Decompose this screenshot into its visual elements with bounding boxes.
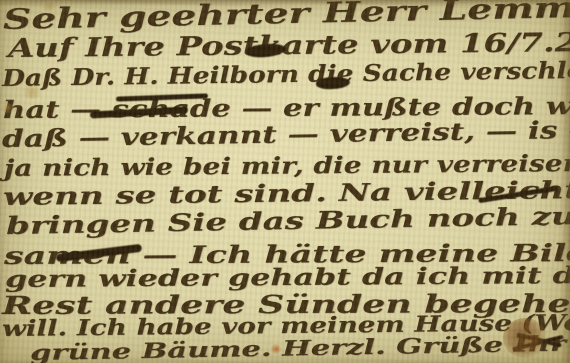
postcard-scan: Sehr geehrter Herr Lemmer! Auf Ihre Post… — [0, 0, 570, 363]
handwriting-line-5: daß — verkannt — verreist, — is — — [2, 117, 570, 153]
handwriting-line-10: gern wieder gehabt da ich mit dem — [5, 263, 570, 293]
